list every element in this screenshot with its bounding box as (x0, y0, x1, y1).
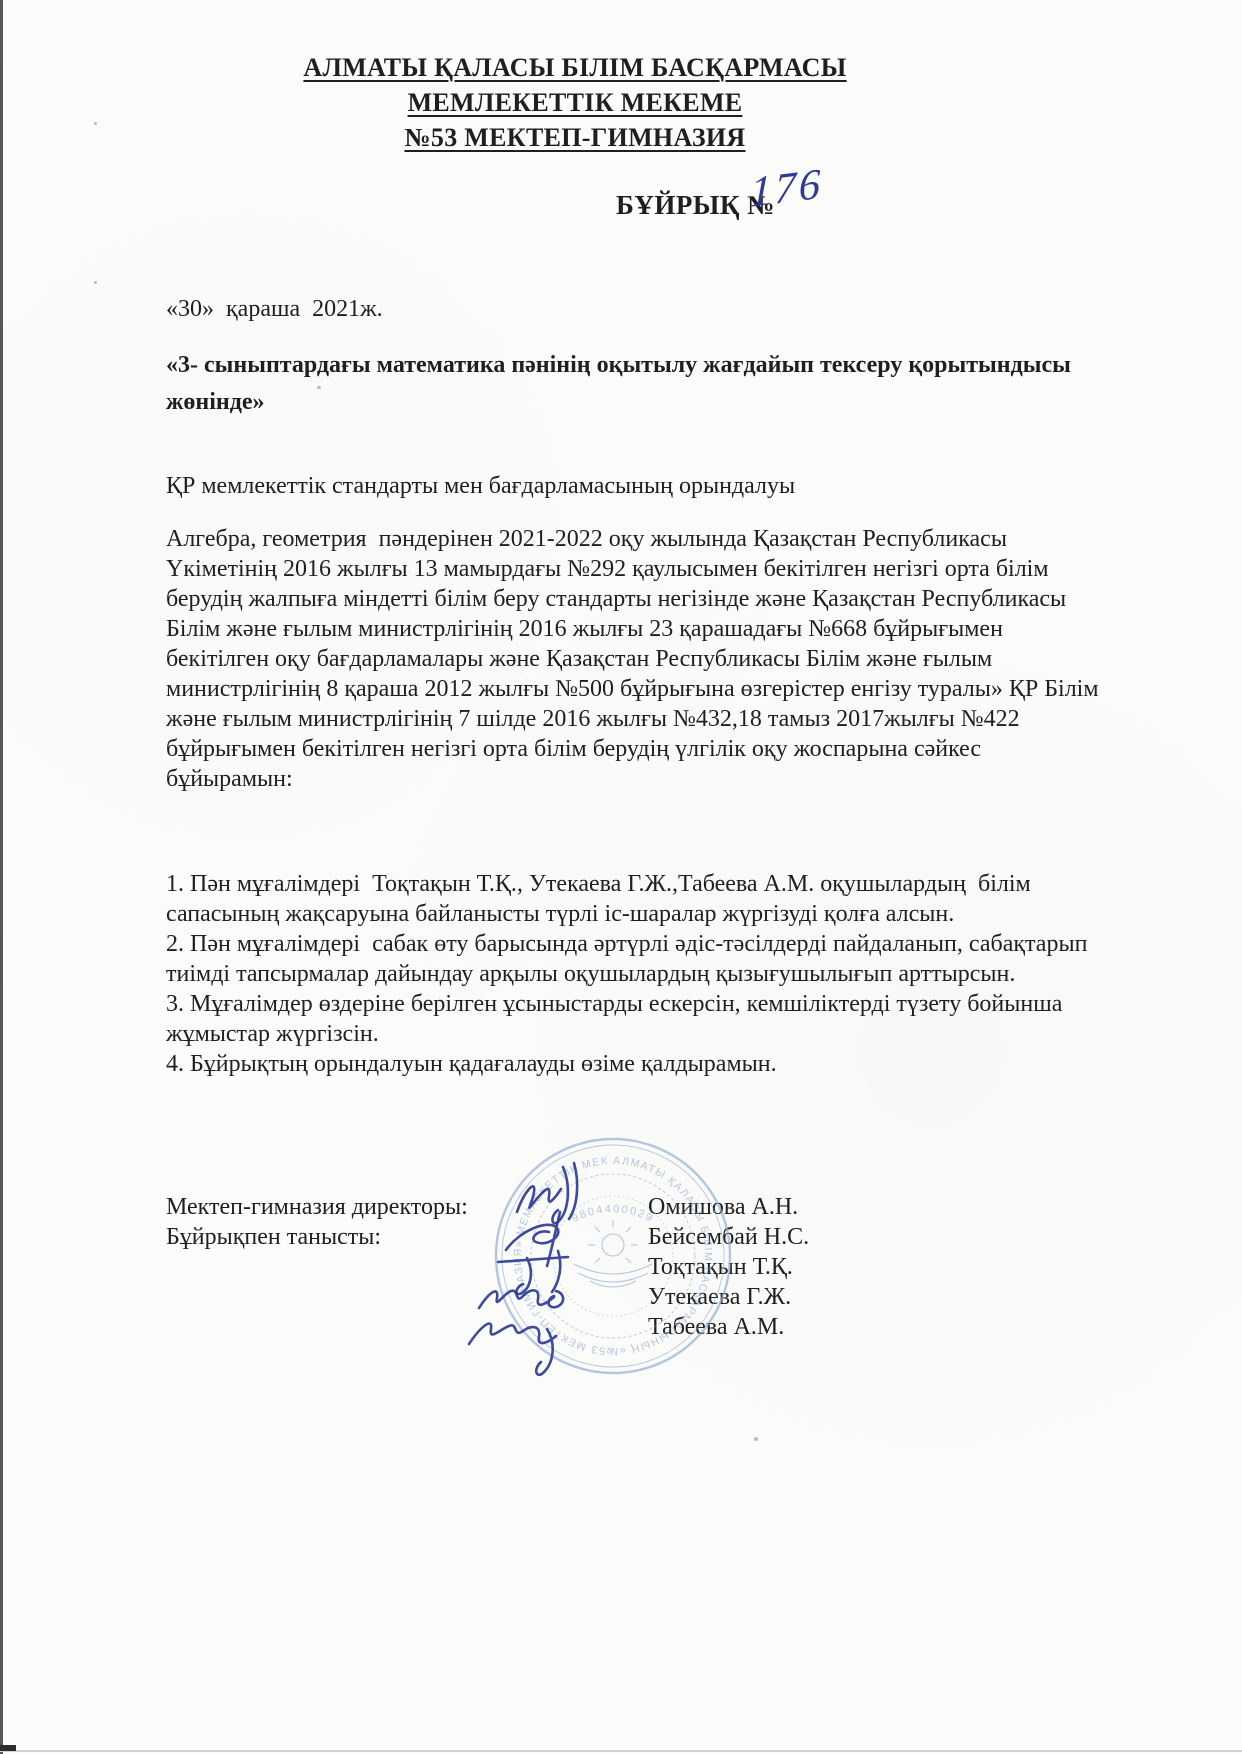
letterhead-line-1: АЛМАТЫ ҚАЛАСЫ БІЛІМ БАСҚАРМАСЫ (0, 50, 1150, 85)
scan-corner-mark (0, 1745, 16, 1751)
order-subject: «3- сыныптардағы математика пәнінің оқыт… (166, 347, 1071, 421)
standard-statement: ҚР мемлекеттік стандарты мен бағдарламас… (166, 473, 795, 500)
scan-speck (754, 1437, 758, 1441)
letterhead-line-2: МЕМЛЕКЕТТІК МЕКЕМЕ (0, 85, 1150, 120)
signature-3 (498, 1251, 568, 1294)
signature-director (517, 1163, 577, 1223)
scan-speck (94, 281, 97, 284)
order-body-paragraph: Алгебра, геометрия пәндерінен 2021-2022 … (166, 524, 1099, 794)
order-number-handwritten: 176 (750, 159, 824, 217)
scan-edge-line-left (0, 0, 3, 1754)
letterhead: АЛМАТЫ ҚАЛАСЫ БІЛІМ БАСҚАРМАСЫ МЕМЛЕКЕТТ… (0, 50, 1150, 155)
scan-edge-line-bottom (0, 1750, 1242, 1752)
letterhead-line-3: №53 МЕКТЕП-ГИМНАЗИЯ (0, 120, 1150, 155)
scanned-order-document: АЛМАТЫ ҚАЛАСЫ БІЛІМ БАСҚАРМАСЫ МЕМЛЕКЕТТ… (0, 0, 1242, 1754)
order-date: «30» қараша 2021ж. (166, 296, 383, 323)
signature-labels: Мектеп-гимназия директоры: Бұйрықпен тан… (166, 1192, 468, 1252)
order-directives-list: 1. Пән мұғалімдері Тоқтақын Т.Қ., Утекае… (166, 869, 1087, 1079)
pen-signatures (440, 1130, 700, 1390)
signature-5 (469, 1324, 556, 1375)
